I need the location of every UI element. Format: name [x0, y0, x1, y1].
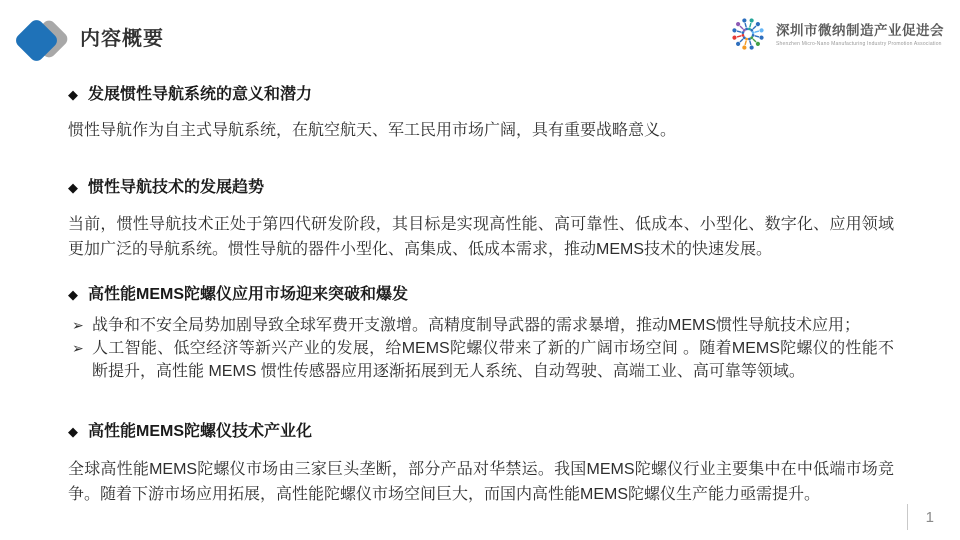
section-heading-3: ◆ 高性能MEMS陀螺仪应用市场迎来突破和爆发 [68, 284, 894, 306]
diamond-bullet-icon: ◆ [68, 177, 78, 199]
slide: 内容概要 深圳市微纳制造产业促进会 Shenzhen Micro-Nano Ma… [0, 0, 960, 540]
bullet-list: ➢ 战争和不安全局势加剧导致全球军费开支激增。高精度制导武器的需求暴增，推动ME… [68, 314, 894, 383]
page-title: 内容概要 [80, 22, 164, 51]
list-item-text: 战争和不安全局势加剧导致全球军费开支激增。高精度制导武器的需求暴增，推动MEMS… [92, 314, 894, 337]
org-name-zh: 深圳市微纳制造产业促进会 [776, 22, 944, 39]
page-number: 1 [926, 509, 934, 526]
org-name-en: Shenzhen Micro-Nano Manufacturing Indust… [776, 41, 944, 47]
arrow-bullet-icon: ➢ [68, 337, 92, 383]
molecule-network-icon [727, 12, 769, 56]
list-item: ➢ 战争和不安全局势加剧导致全球军费开支激增。高精度制导武器的需求暴增，推动ME… [68, 314, 894, 337]
section-heading-4: ◆ 高性能MEMS陀螺仪技术产业化 [68, 421, 894, 443]
section-heading-text: 发展惯性导航系统的意义和潜力 [88, 84, 312, 106]
list-item: ➢ 人工智能、低空经济等新兴产业的发展，给MEMS陀螺仪带来了新的广阔市场空间 … [68, 337, 894, 383]
section-paragraph-4: 全球高性能MEMS陀螺仪市场由三家巨头垄断，部分产品对华禁运。我国MEMS陀螺仪… [68, 457, 894, 507]
org-logo: 深圳市微纳制造产业促进会 Shenzhen Micro-Nano Manufac… [727, 12, 944, 56]
diamond-bullet-icon: ◆ [68, 421, 78, 443]
section-heading-1: ◆ 发展惯性导航系统的意义和潜力 [68, 84, 894, 106]
section-heading-text: 高性能MEMS陀螺仪应用市场迎来突破和爆发 [88, 284, 408, 306]
section-heading-text: 惯性导航技术的发展趋势 [88, 177, 264, 199]
diamond-bullet-icon: ◆ [68, 284, 78, 306]
arrow-bullet-icon: ➢ [68, 314, 92, 337]
org-name-block: 深圳市微纳制造产业促进会 Shenzhen Micro-Nano Manufac… [776, 22, 944, 47]
section-paragraph-1: 惯性导航作为自主式导航系统，在航空航天、军工民用市场广阔，具有重要战略意义。 [68, 118, 894, 143]
section-heading-text: 高性能MEMS陀螺仪技术产业化 [88, 421, 312, 443]
footer-divider [907, 504, 908, 530]
slide-content: ◆ 发展惯性导航系统的意义和潜力 惯性导航作为自主式导航系统，在航空航天、军工民… [68, 84, 894, 507]
section-heading-2: ◆ 惯性导航技术的发展趋势 [68, 177, 894, 199]
diamond-bullet-icon: ◆ [68, 84, 78, 106]
list-item-text: 人工智能、低空经济等新兴产业的发展，给MEMS陀螺仪带来了新的广阔市场空间 。随… [92, 337, 894, 383]
section-paragraph-2: 当前，惯性导航技术正处于第四代研发阶段，其目标是实现高性能、高可靠性、低成本、小… [68, 212, 894, 262]
slide-diamond-logo-icon [8, 8, 72, 64]
